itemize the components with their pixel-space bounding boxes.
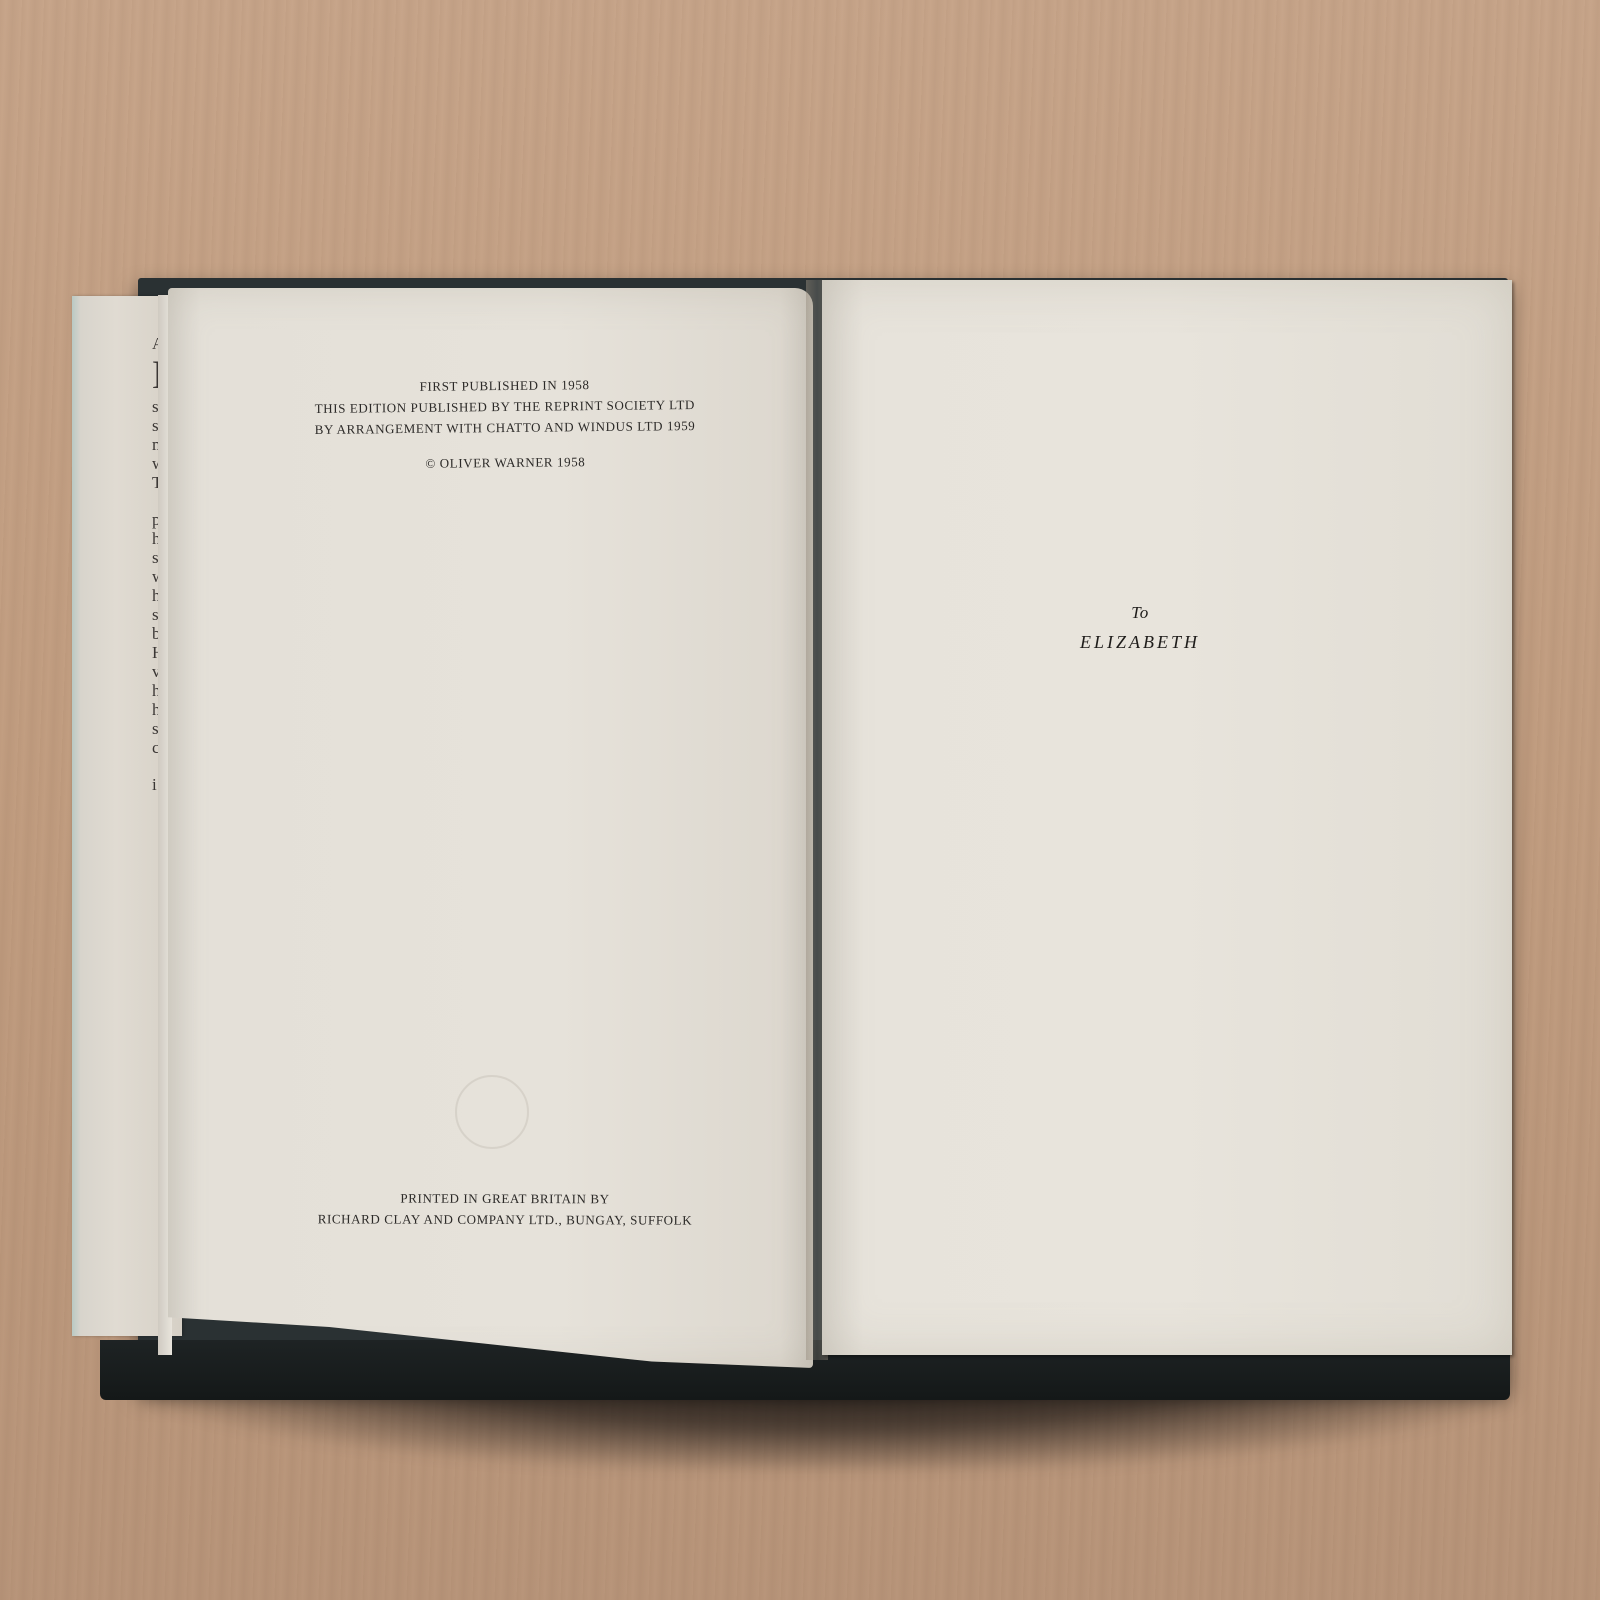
printed-in-line: PRINTED IN GREAT BRITAIN BY — [290, 1187, 720, 1210]
imprint-block: FIRST PUBLISHED IN 1958 THIS EDITION PUB… — [289, 373, 720, 475]
arrangement-line: BY ARRANGEMENT WITH CHATTO AND WINDUS LT… — [290, 415, 720, 441]
dedication-block: To ELIZABETH — [1040, 603, 1240, 653]
right-page-dedication — [822, 280, 1512, 1355]
dedication-name: ELIZABETH — [1040, 632, 1240, 653]
show-through-emblem-icon — [455, 1075, 529, 1149]
printer-block: PRINTED IN GREAT BRITAIN BY RICHARD CLAY… — [290, 1187, 720, 1231]
printer-name-line: RICHARD CLAY AND COMPANY LTD., BUNGAY, S… — [290, 1208, 720, 1231]
show-through-text — [380, 590, 640, 610]
dedication-to: To — [1040, 603, 1240, 623]
